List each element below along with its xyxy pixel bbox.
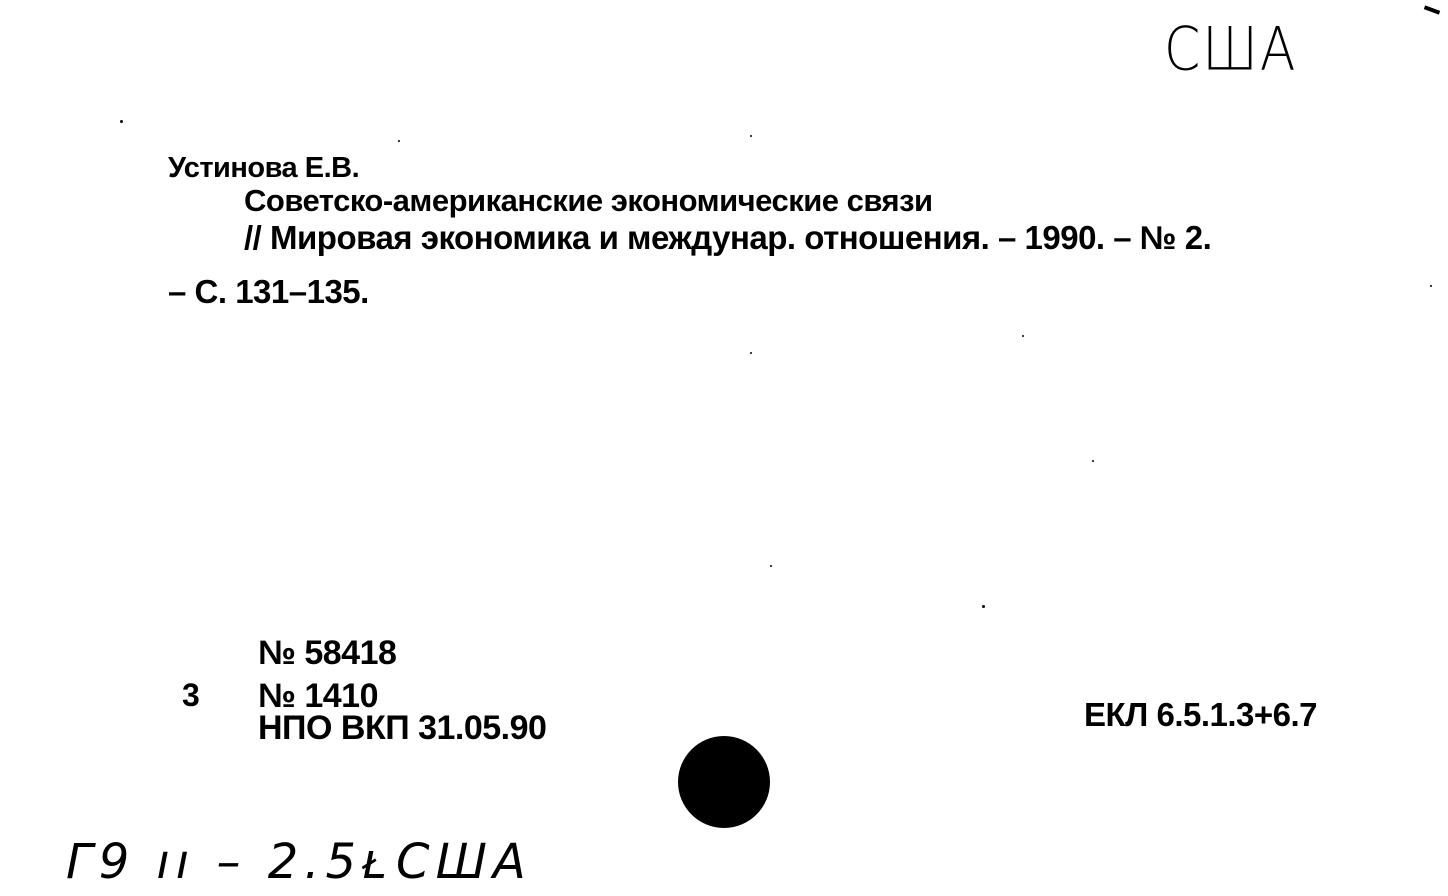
title-line: Советско-американские экономические связ… — [244, 183, 933, 219]
classification-code: ЕКЛ 6.5.1.3+6.7 — [1084, 696, 1317, 734]
handwritten-shelf-mark: Г9 ıı – 2.5ᴌСША — [66, 834, 532, 890]
copies-count: 3 — [182, 677, 199, 714]
scan-speck — [982, 605, 985, 608]
ink-mark — [1424, 5, 1440, 14]
scan-speck — [770, 565, 772, 567]
organization-date: НПО ВКП 31.05.90 — [258, 709, 546, 748]
scan-speck — [750, 135, 752, 137]
scan-speck — [750, 352, 752, 354]
scan-speck — [1430, 285, 1432, 287]
scan-speck — [1022, 335, 1024, 337]
accession-number: № 58418 — [258, 634, 396, 673]
handwritten-subject-note: США — [1164, 16, 1297, 85]
author-line: Устинова Е.В. — [168, 152, 359, 185]
scan-speck — [120, 120, 123, 123]
pages-line: – С. 131–135. — [168, 273, 369, 311]
scan-speck — [1092, 460, 1094, 462]
scan-speck — [398, 140, 400, 142]
source-line: // Мировая экономика и междунар. отношен… — [244, 219, 1211, 257]
punch-hole — [678, 736, 770, 828]
